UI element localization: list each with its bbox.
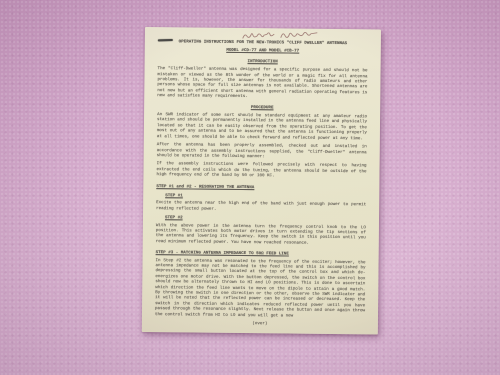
doc-paragraph: With the above power in the antenna turn… <box>156 224 366 248</box>
doc-paragraph: The "Cliff-Dweller" antenna was designed… <box>157 67 367 102</box>
doc-heading: STEP #1 and #2 - RESONATING THE ANTENNA <box>156 185 366 193</box>
instruction-sheet: OPERATING INSTRUCTIONS FOR THE NEW-TRONI… <box>142 27 381 334</box>
doc-heading: STEP #1 <box>165 194 366 202</box>
doc-heading: PROCEDURE <box>157 105 367 113</box>
handwritten-note <box>241 29 327 44</box>
doc-heading: STEP #3 - MATCHING ANTENNA IMPEDANCE TO … <box>156 251 366 259</box>
doc-heading: INTRODUCTION <box>158 59 368 67</box>
doc-paragraph: If the assembly instructions were follow… <box>156 162 366 180</box>
doc-paragraph: Excite the antenna near the high end of … <box>156 201 366 214</box>
doc-paragraph: In Step #2 the antenna was resonated to … <box>155 259 366 321</box>
doc-paragraph: An SWR indicator of some sort should be … <box>157 113 367 142</box>
doc-heading: STEP #2 <box>165 216 366 224</box>
document-body: OPERATING INSTRUCTIONS FOR THE NEW-TRONI… <box>155 40 368 329</box>
doc-heading: MODEL #CD-77 AND MODEL #CB-77 <box>158 49 368 57</box>
doc-paragraph: (over) <box>155 321 365 329</box>
doc-paragraph: After the antenna has been properly asse… <box>157 143 367 161</box>
